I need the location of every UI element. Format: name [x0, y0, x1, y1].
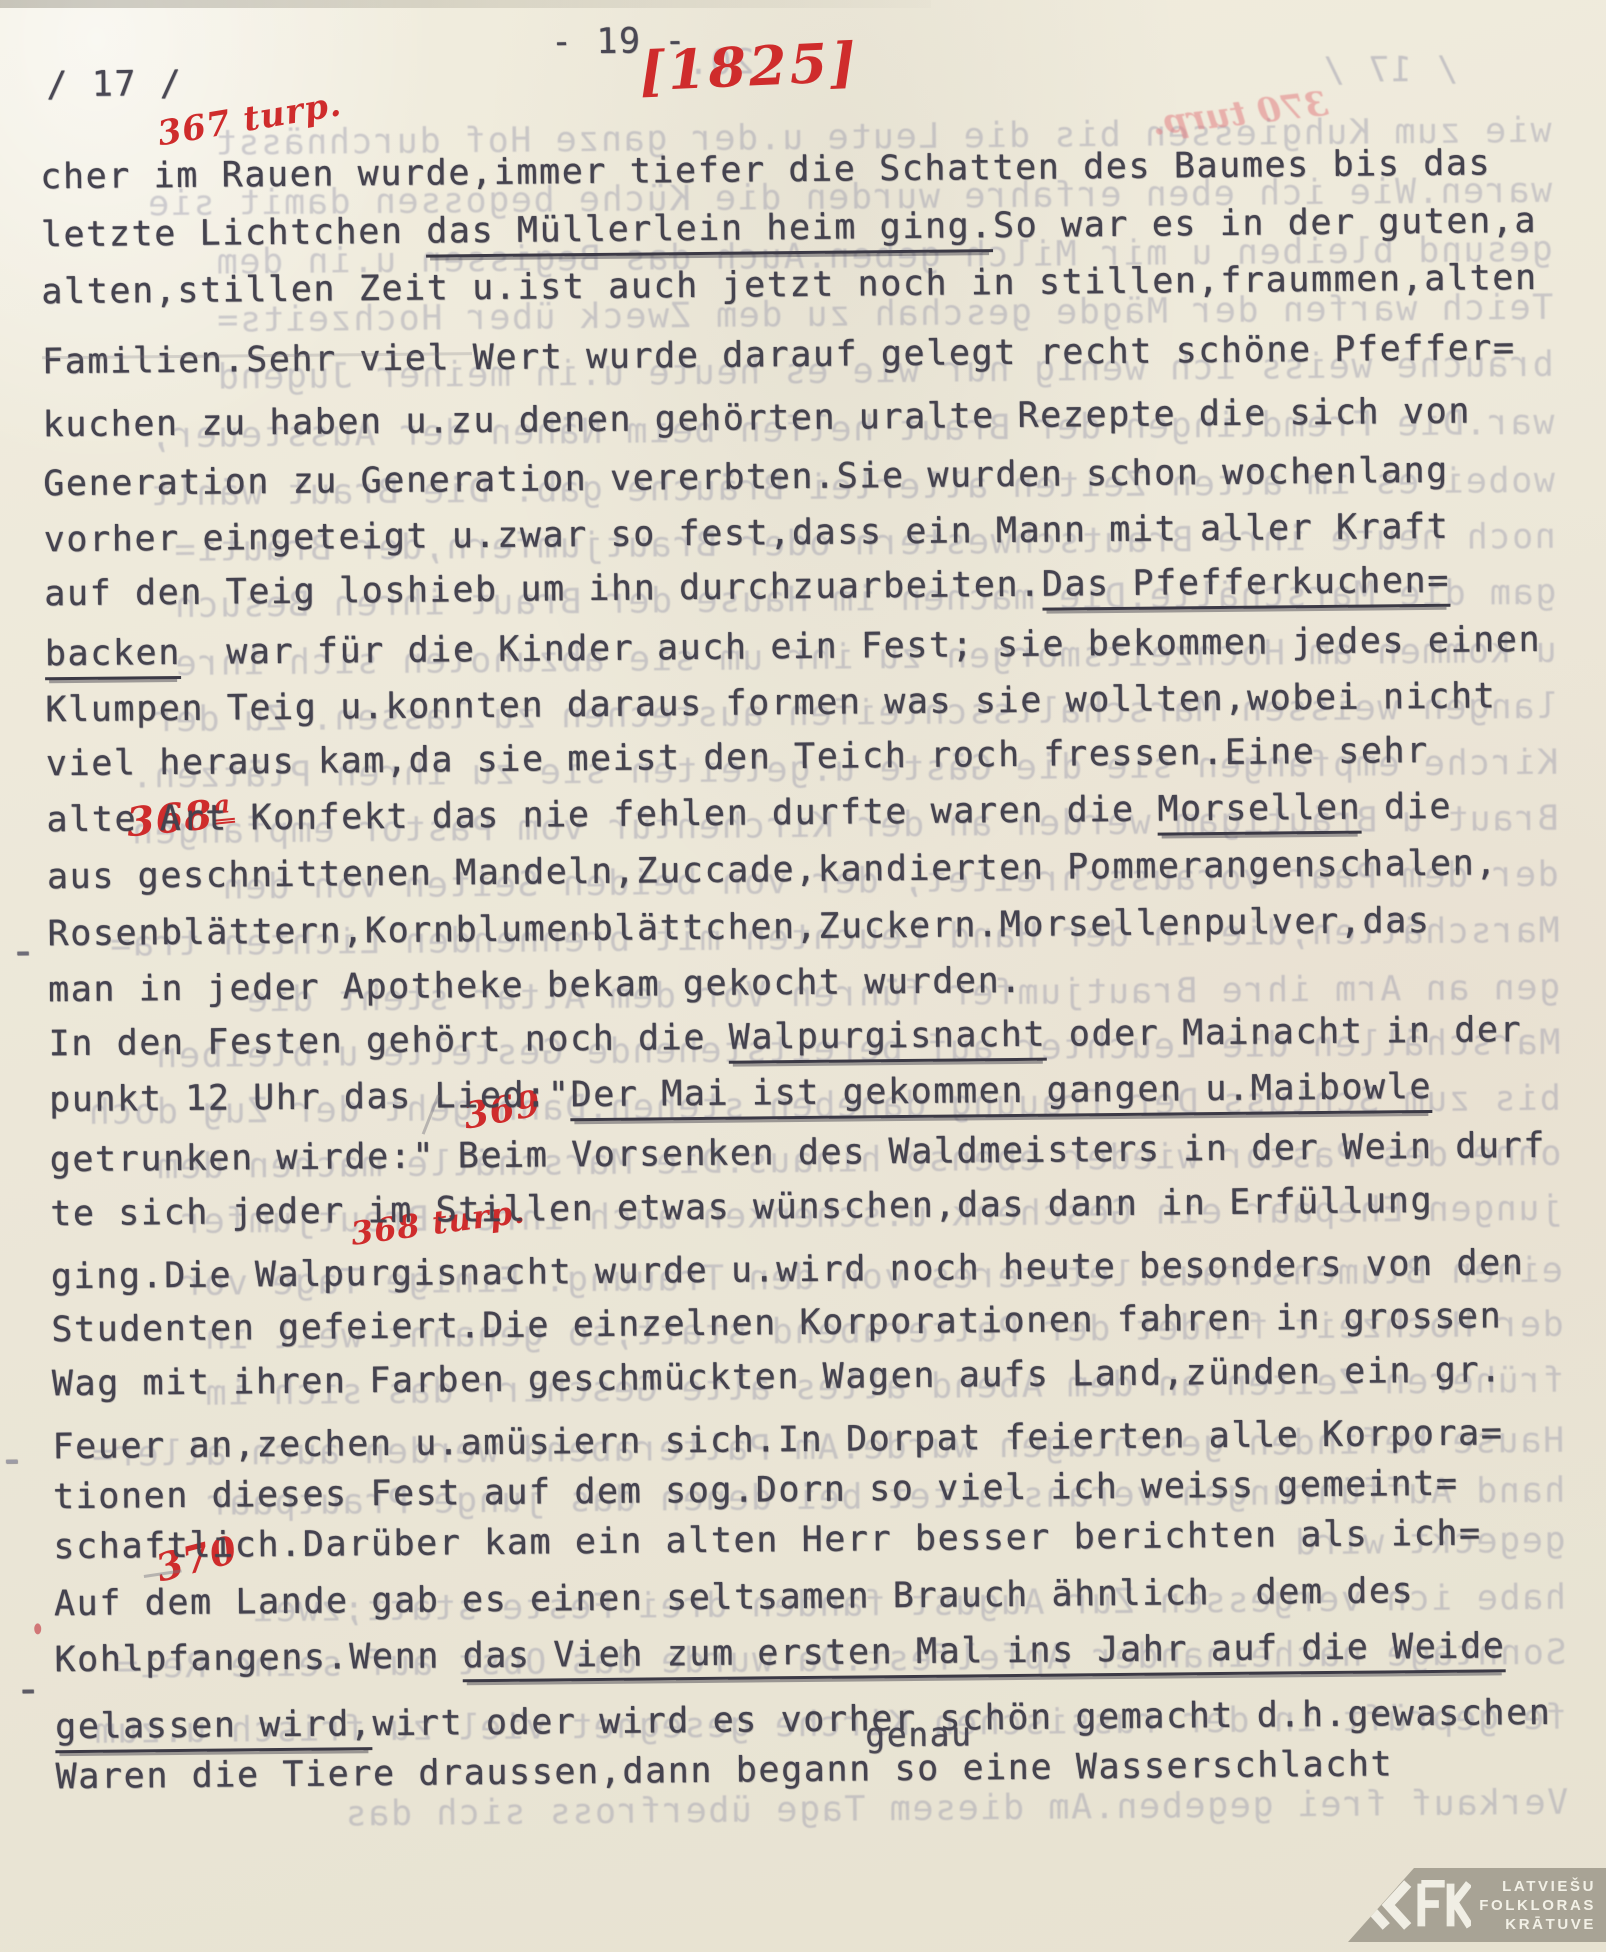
typed-text: punkt 12 Uhr das Lied:": [49, 1075, 571, 1120]
margin-dash-mark: -: [15, 1663, 44, 1714]
typed-text: In den Festen gehört noch die: [48, 1018, 729, 1065]
underlined-phrase: das Müllerlein heim ging.: [426, 206, 993, 257]
watermark-line3: KRĀTUVE: [1479, 1915, 1596, 1934]
typed-line: Kohlpfangens.Wenn das Vieh zum ersten Ma…: [54, 1626, 1505, 1680]
watermark-line2: FOLKLORAS: [1479, 1896, 1596, 1915]
scanned-document-page: wie zum Kuhgiessen bis die Leute u.der g…: [0, 0, 1606, 1952]
typed-text: letzte Lichtchen: [41, 212, 427, 256]
margin-dash-mark: -: [0, 1433, 27, 1484]
margin-page-number: / 17 /: [46, 64, 182, 105]
underlined-phrase: gelassen wird,: [55, 1704, 373, 1753]
typed-text: So war es in der guten,a: [993, 201, 1537, 246]
watermark-text: LATVIEŠU FOLKLORAS KRĀTUVE: [1479, 1877, 1596, 1934]
margin-dash-mark: -: [9, 925, 38, 976]
inserted-correction-word: genau: [865, 1714, 973, 1754]
red-annotation-1825: [1825]: [638, 30, 860, 104]
scan-content: wie zum Kuhgiessen bis die Leute u.der g…: [0, 0, 1606, 1952]
bleed-margin-number: / 17 /: [1321, 50, 1457, 91]
watermark-line1: LATVIEŠU: [1479, 1877, 1596, 1896]
typed-text: Kohlpfangens.Wenn: [54, 1636, 462, 1680]
underlined-phrase: Das Pfefferkuchen=: [1042, 561, 1451, 611]
underlined-phrase: Der Mai ist gekommen gangen u.Maibowle: [570, 1067, 1432, 1121]
typed-text: die: [1361, 787, 1452, 828]
red-ink-speck: [34, 1623, 41, 1634]
typed-text: oder Mainacht in der: [1046, 1010, 1522, 1055]
underlined-phrase: Walpurgisnacht: [729, 1015, 1047, 1064]
underlined-phrase: backen: [45, 633, 181, 680]
underlined-phrase: Morsellen: [1157, 788, 1361, 836]
